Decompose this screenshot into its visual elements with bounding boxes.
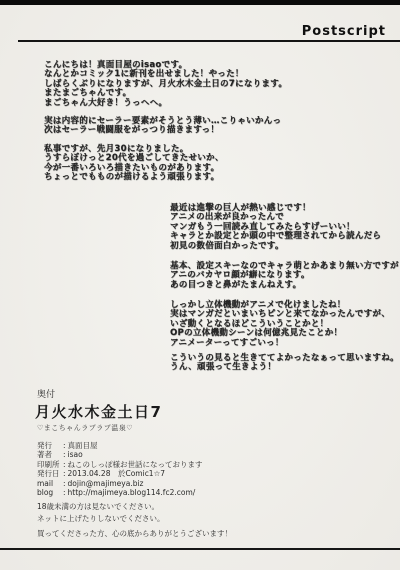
detail-value: 2013.04.28 於Comic1☆7 xyxy=(68,469,166,478)
detail-label: blog xyxy=(37,488,63,497)
afterword-paragraph: こんにちは！真面目屋のisaoです。 なんとかコミック1に新刊を出せました！やっ… xyxy=(44,61,287,108)
afterword-paragraph: しっかし立体機動がアニメで化けましたね！ 実はマンガだといまいちピンと来てなかっ… xyxy=(170,301,390,348)
afterword-line: ちょっとでもものが描けるよう頑張ります。 xyxy=(44,173,224,182)
header-divider xyxy=(18,40,400,42)
afterword-paragraph: 基本、設定スキーなのでキャラ萌とかあまり無い方ですが アニのバカヤロ顔が癖になり… xyxy=(170,262,399,290)
afterword-paragraph: 実は内容的にセーラー要素がそうとう薄い…こりゃいかんっ 次はセーラー戦闘服をがっ… xyxy=(44,117,281,136)
book-subtitle: ♡まこちゃんラブラブ温泉♡ xyxy=(37,423,133,433)
colophon-detail-row: 発行:真面目屋 xyxy=(37,441,203,450)
afterword-line: 次はセーラー戦闘服をがっつり描きますっ！ xyxy=(44,126,281,135)
afterword-paragraph: 最近は進撃の巨人が熱い感じです！ アニメの出来が良かったんで マンガもう一回読み… xyxy=(170,204,381,251)
detail-value: 真面目屋 xyxy=(68,441,98,450)
detail-value-mail: dojin@majimeya.biz xyxy=(68,479,144,488)
afterword-line: アニメーターってすごいっ！ xyxy=(170,339,390,348)
postscript-page: Postscript こんにちは！真面目屋のisaoです。 なんとかコミック1に… xyxy=(0,0,400,570)
detail-colon: : xyxy=(63,460,66,469)
afterword-line: うん、頑張って生きよう！ xyxy=(170,363,399,372)
afterword-paragraph: 私事ですが、先月30になりました。 うすらぼけっと20代を過ごしてきたせいか、 … xyxy=(44,145,224,183)
colophon-section-label: 奥付 xyxy=(37,387,55,400)
afterword-line: 初見の数倍面白かったです。 xyxy=(170,242,381,251)
book-title: 月火水木金土日7 xyxy=(35,401,162,422)
detail-colon: : xyxy=(63,450,66,459)
colophon-detail-row: blog:http://majimeya.blog114.fc2.com/ xyxy=(37,488,203,497)
detail-value-blog-url: http://majimeya.blog114.fc2.com/ xyxy=(68,488,196,497)
detail-colon: : xyxy=(63,469,66,478)
afterword-paragraph: こういうの見ると生きててよかったなぁって思いますね。 うん、頑張って生きよう！ xyxy=(170,354,399,373)
footer-divider xyxy=(0,548,400,550)
notice-line: 18歳未満の方は見ないでください。 xyxy=(37,501,165,513)
age-restriction-notices: 18歳未満の方は見ないでください。 ネットに上げたりしないでください。 xyxy=(37,501,165,524)
detail-label: 発行 xyxy=(37,441,63,450)
colophon-detail-row: 著者:isao xyxy=(37,450,203,459)
detail-label: 著者 xyxy=(37,450,63,459)
detail-value: isao xyxy=(68,450,83,459)
page-title: Postscript xyxy=(302,24,386,39)
colophon-detail-row: 印刷所:ねこのしっぽ様お世話になっております xyxy=(37,460,203,469)
afterword-line: まごちゃん大好き！うっへへ。 xyxy=(44,99,287,108)
thanks-message: 買ってくださった方、心の底からありがとうございます！ xyxy=(37,528,232,539)
detail-label: 印刷所 xyxy=(37,460,63,469)
detail-colon: : xyxy=(63,441,66,450)
detail-colon: : xyxy=(63,479,66,488)
afterword-line: あの目つきと鼻がたまんねえす。 xyxy=(170,281,399,290)
colophon-detail-row: mail:dojin@majimeya.biz xyxy=(37,479,203,488)
detail-colon: : xyxy=(63,488,66,497)
colophon-details: 発行:真面目屋 著者:isao 印刷所:ねこのしっぽ様お世話になっております 発… xyxy=(37,441,203,497)
notice-line: ネットに上げたりしないでください。 xyxy=(37,513,165,525)
colophon-detail-row: 発行日:2013.04.28 於Comic1☆7 xyxy=(37,469,203,478)
scan-edge-bar xyxy=(0,0,400,5)
detail-value: ねこのしっぽ様お世話になっております xyxy=(68,460,203,469)
detail-label: mail xyxy=(37,479,63,488)
detail-label: 発行日 xyxy=(37,469,63,478)
